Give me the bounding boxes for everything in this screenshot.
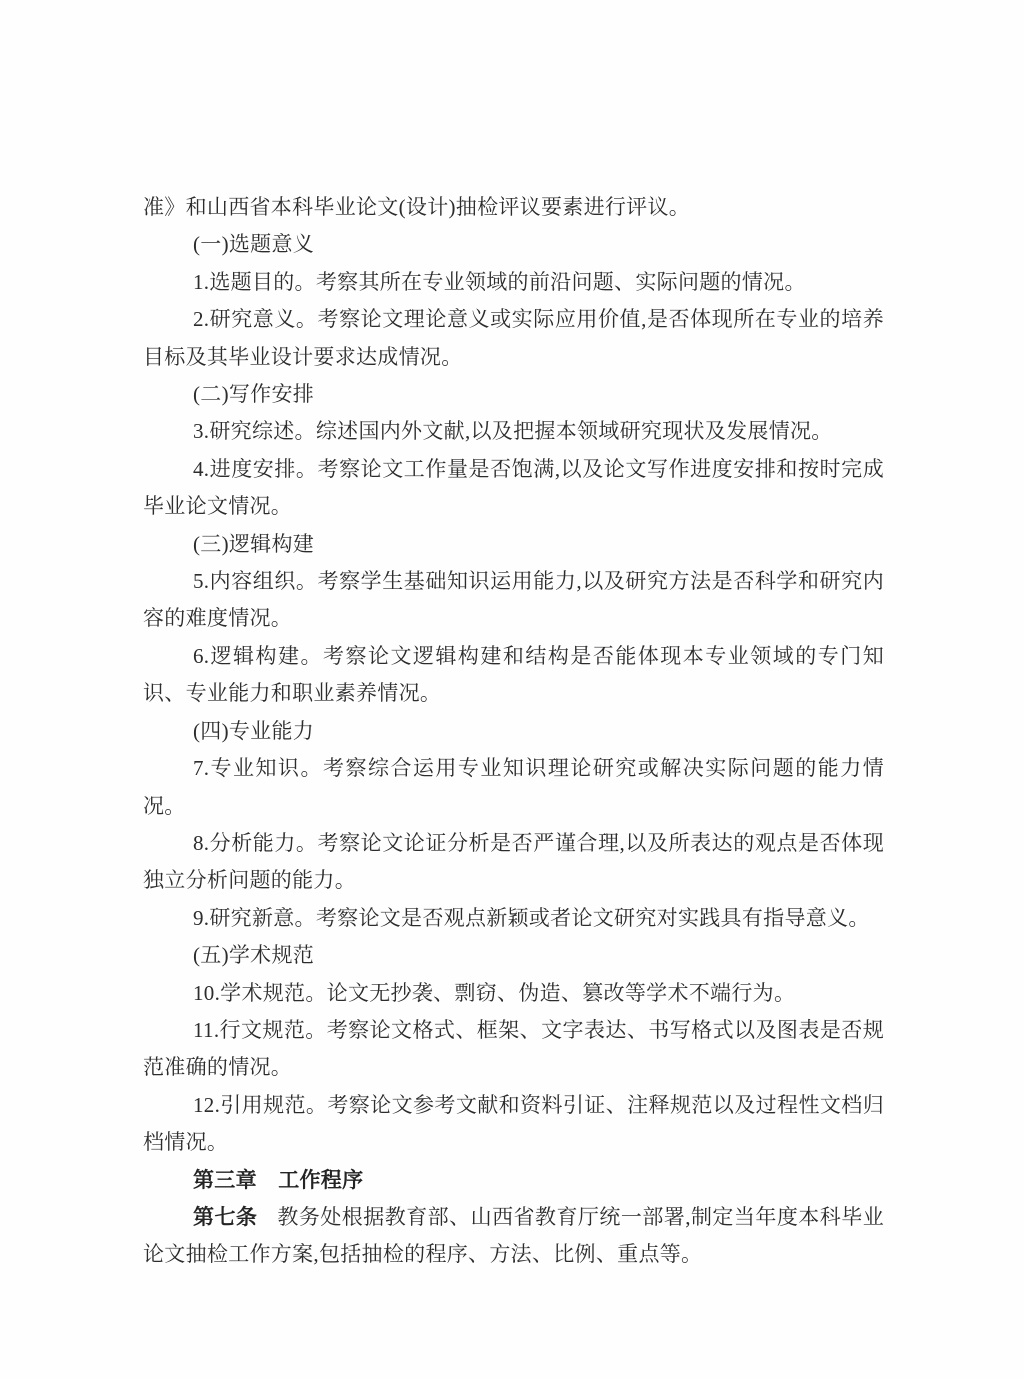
- document-content: 准》和山西省本科毕业论文(设计)抽检评议要素进行评议。 (一)选题意义 1.选题…: [143, 189, 884, 1274]
- doc-subheading-5: (五)学术规范: [143, 937, 884, 974]
- doc-item-4: 4.进度安排。考察论文工作量是否饱满,以及论文写作进度安排和按时完成毕业论文情况…: [143, 451, 884, 526]
- doc-item-9: 9.研究新意。考察论文是否观点新颖或者论文研究对实践具有指导意义。: [143, 900, 884, 937]
- doc-item-11: 11.行文规范。考察论文格式、框架、文字表达、书写格式以及图表是否规范准确的情况…: [143, 1012, 884, 1087]
- doc-subheading-4: (四)专业能力: [143, 713, 884, 750]
- doc-subheading-1: (一)选题意义: [143, 226, 884, 263]
- doc-item-3: 3.研究综述。综述国内外文献,以及把握本领域研究现状及发展情况。: [143, 413, 884, 450]
- doc-subheading-3: (三)逻辑构建: [143, 526, 884, 563]
- doc-item-10: 10.学术规范。论文无抄袭、剽窃、伪造、篡改等学术不端行为。: [143, 975, 884, 1012]
- doc-item-7: 7.专业知识。考察综合运用专业知识理论研究或解决实际问题的能力情况。: [143, 750, 884, 825]
- doc-item-12: 12.引用规范。考察论文参考文献和资料引证、注释规范以及过程性文档归档情况。: [143, 1087, 884, 1162]
- doc-item-6: 6.逻辑构建。考察论文逻辑构建和结构是否能体现本专业领域的专门知识、专业能力和职…: [143, 638, 884, 713]
- doc-item-1: 1.选题目的。考察其所在专业领域的前沿问题、实际问题的情况。: [143, 264, 884, 301]
- doc-item-8: 8.分析能力。考察论文论证分析是否严谨合理,以及所表达的观点是否体现独立分析问题…: [143, 825, 884, 900]
- chapter-heading: 第三章 工作程序: [143, 1162, 884, 1199]
- article-paragraph: 第七条教务处根据教育部、山西省教育厅统一部署,制定当年度本科毕业论文抽检工作方案…: [143, 1199, 884, 1274]
- continuation-paragraph: 准》和山西省本科毕业论文(设计)抽检评议要素进行评议。: [143, 189, 884, 226]
- doc-item-2: 2.研究意义。考察论文理论意义或实际应用价值,是否体现所在专业的培养目标及其毕业…: [143, 301, 884, 376]
- document-page: 准》和山西省本科毕业论文(设计)抽检评议要素进行评议。 (一)选题意义 1.选题…: [0, 0, 1024, 1379]
- article-number: 第七条: [193, 1206, 257, 1229]
- doc-subheading-2: (二)写作安排: [143, 376, 884, 413]
- doc-item-5: 5.内容组织。考察学生基础知识运用能力,以及研究方法是否科学和研究内容的难度情况…: [143, 563, 884, 638]
